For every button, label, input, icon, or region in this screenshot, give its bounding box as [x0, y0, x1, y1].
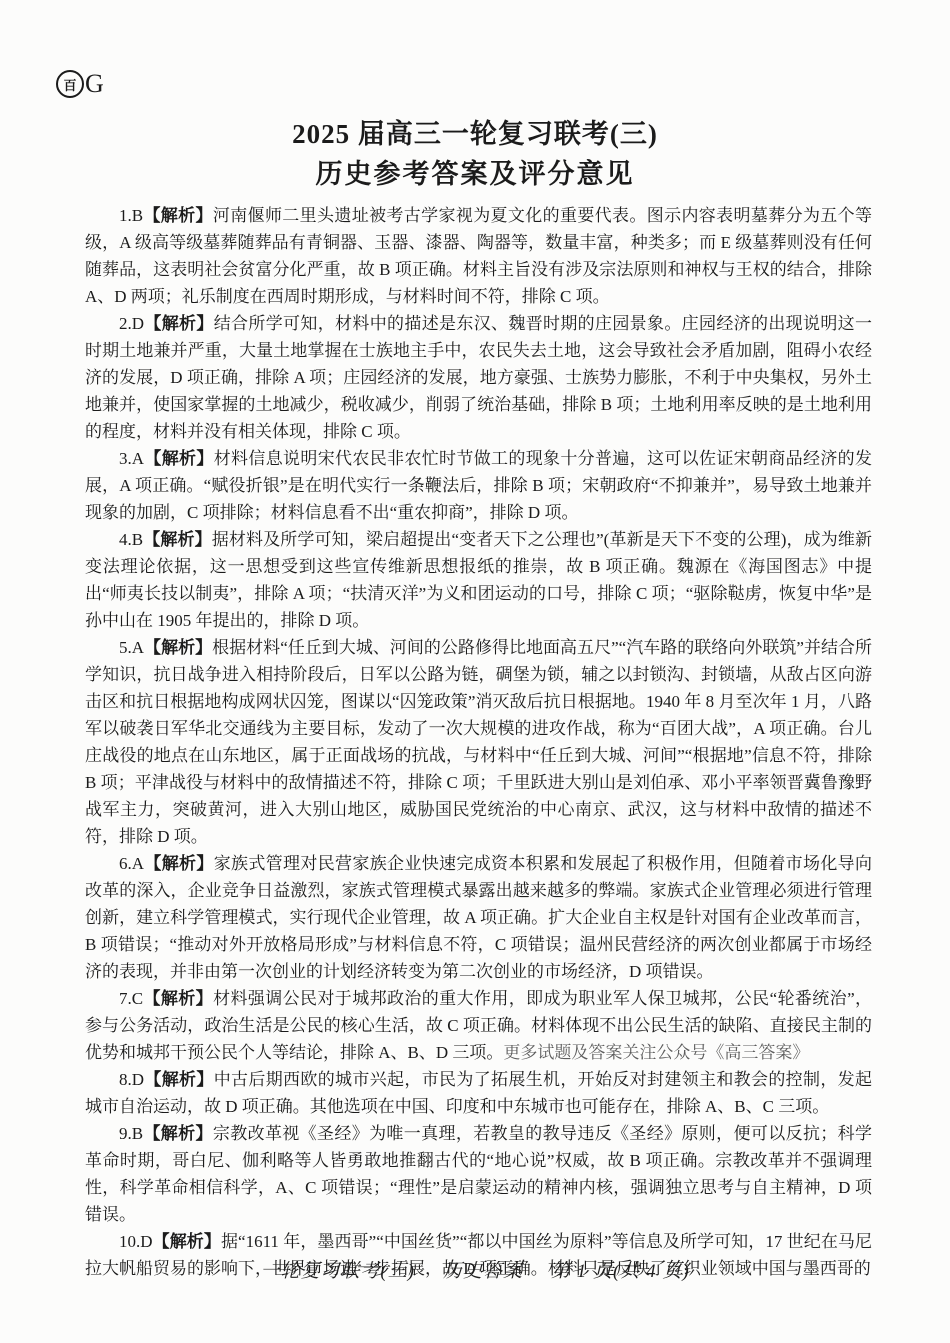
answer-item-9: 9.B【解析】宗教改革视《圣经》为唯一真理，若教皇的教导违反《圣经》原则，便可以… [85, 1120, 872, 1228]
answer-explanations: 1.B【解析】河南偃师二里头遗址被考古学家视为夏文化的重要代表。图示内容表明墓葬… [85, 202, 872, 1282]
answer-item-8: 8.D【解析】中古后期西欧的城市兴起，市民为了拓展生机，开始反对封建领主和教会的… [85, 1066, 872, 1120]
answer-item-4: 4.B【解析】据材料及所学可知，梁启超提出“变者天下之公理也”(革新是天下不变的… [85, 526, 872, 634]
answer-key-subtitle: 历史参考答案及评分意见 [0, 156, 950, 192]
answer-item-1: 1.B【解析】河南偃师二里头遗址被考古学家视为夏文化的重要代表。图示内容表明墓葬… [85, 202, 872, 310]
document-page: 百G 2025 届高三一轮复习联考(三) 历史参考答案及评分意见 1.B【解析】… [0, 0, 950, 1343]
analysis-tag: 【解析】 [144, 638, 212, 657]
analysis-tag: 【解析】 [153, 1232, 221, 1251]
answer-number: 5.A [119, 638, 144, 657]
answer-number: 8.D [119, 1070, 144, 1089]
exam-title: 2025 届高三一轮复习联考(三) [0, 116, 950, 152]
page-footer: 一轮复习联考(三)历史答案第 1 页(共 4 页) [0, 1256, 950, 1283]
analysis-tag: 【解析】 [144, 449, 214, 468]
analysis-tag: 【解析】 [144, 314, 214, 333]
answer-number: 3.A [119, 449, 144, 468]
promo-watermark-text: 更多试题及答案关注公众号《高三答案》 [503, 1043, 809, 1062]
answer-number: 2.D [119, 314, 144, 333]
answer-item-7: 7.C【解析】材料强调公民对于城邦政治的重大作用，即成为职业军人保卫城邦，公民“… [85, 985, 872, 1066]
footer-exam-name: 一轮复习联考(三) [260, 1261, 415, 1282]
answer-number: 7.C [119, 989, 143, 1008]
publisher-logo: 百G [56, 70, 104, 98]
answer-number: 1.B [119, 206, 143, 225]
analysis-text: 家族式管理对民营家族企业快速完成资本积累和发展起了积极作用，但随着市场化导向改革… [85, 854, 872, 981]
analysis-tag: 【解析】 [143, 206, 213, 225]
analysis-tag: 【解析】 [144, 854, 214, 873]
answer-number: 9.B [119, 1124, 143, 1143]
answer-item-3: 3.A【解析】材料信息说明宋代农民非农忙时节做工的现象十分普遍，这可以佐证宋朝商… [85, 445, 872, 526]
answer-item-2: 2.D【解析】结合所学可知，材料中的描述是东汉、魏晋时期的庄园景象。庄园经济的出… [85, 310, 872, 445]
answer-number: 4.B [119, 530, 143, 549]
logo-circle-icon: 百 [56, 70, 84, 98]
answer-number: 10.D [119, 1232, 153, 1251]
footer-page-number: 第 1 页(共 4 页) [551, 1261, 690, 1282]
footer-subject: 历史答案 [443, 1261, 523, 1282]
analysis-tag: 【解析】 [143, 1124, 213, 1143]
answer-item-6: 6.A【解析】家族式管理对民营家族企业快速完成资本积累和发展起了积极作用，但随着… [85, 850, 872, 985]
analysis-tag: 【解析】 [144, 1070, 214, 1089]
analysis-text: 根据材料“任丘到大城、河间的公路修得比地面高五尺”“汽车路的联络向外联筑”并结合… [85, 638, 872, 846]
analysis-text: 结合所学可知，材料中的描述是东汉、魏晋时期的庄园景象。庄园经济的出现说明这一时期… [85, 314, 872, 441]
logo-letter: G [85, 71, 104, 97]
answer-item-5: 5.A【解析】根据材料“任丘到大城、河间的公路修得比地面高五尺”“汽车路的联络向… [85, 634, 872, 850]
answer-number: 6.A [119, 854, 144, 873]
analysis-tag: 【解析】 [143, 989, 213, 1008]
analysis-tag: 【解析】 [143, 530, 212, 549]
